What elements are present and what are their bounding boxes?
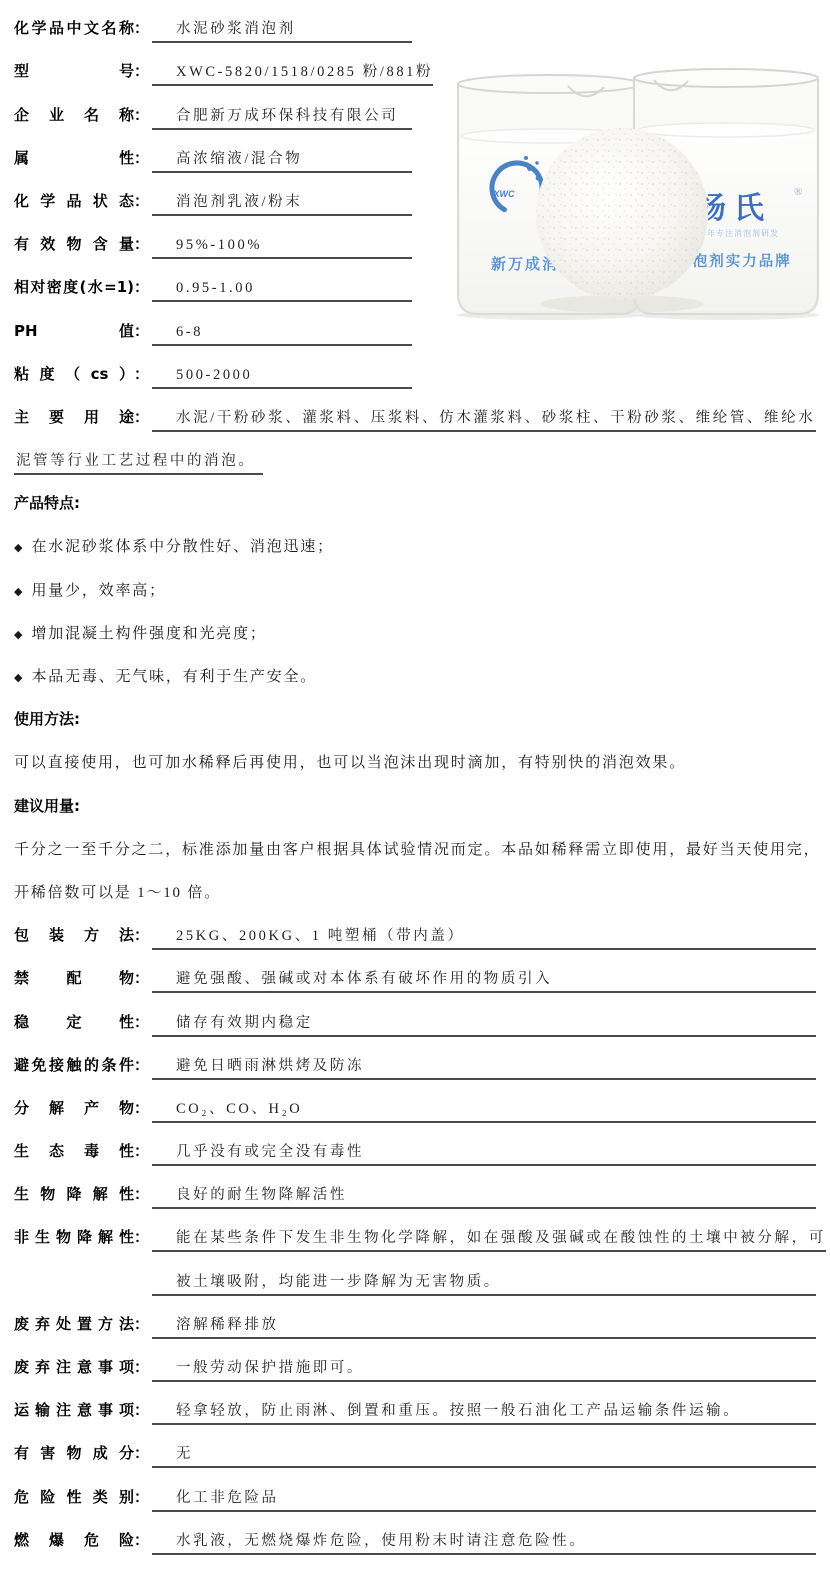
field-label: 禁配物： bbox=[14, 967, 152, 993]
field-value: 几乎没有或完全没有毒性 bbox=[152, 1140, 364, 1164]
colon: ： bbox=[134, 1185, 149, 1203]
field-row-abiotic-degradation: 非生物降解性： 能在某些条件下发生非生物化学降解，如在强酸及强碱或在酸蚀性的土壤… bbox=[14, 1209, 816, 1252]
field-value: 合肥新万成环保科技有限公司 bbox=[152, 104, 398, 128]
colon: ： bbox=[134, 1488, 149, 1506]
field-label: 有害物成分： bbox=[14, 1442, 152, 1468]
field-label: 分解产物： bbox=[14, 1097, 152, 1123]
dosage-paragraph-line1: 千分之一至千分之二，标准添加量由客户根据具体试验情况而定。本品如稀释需立即使用，… bbox=[14, 821, 816, 864]
field-value: 消泡剂乳液/粉末 bbox=[152, 190, 302, 214]
field-value-continued: 泥管等行业工艺过程中的消泡。 bbox=[14, 449, 263, 475]
field-label: 化学品状态： bbox=[14, 190, 152, 216]
bullet-text: 增加混凝土构件强度和光亮度； bbox=[31, 622, 266, 643]
field-row-disposal-method: 废弃处置方法： 溶解稀释排放 bbox=[14, 1296, 816, 1339]
bullet-item: ◆本品无毒、无气味，有利于生产安全。 bbox=[14, 648, 816, 691]
colon: ： bbox=[134, 1531, 149, 1549]
field-underline: 水泥/干粉砂浆、灌浆料、压浆料、仿木灌浆料、砂浆柱、干粉砂浆、维纶管、维纶水 bbox=[152, 406, 816, 432]
field-value: XWC-5820/1518/0285 粉/881粉 bbox=[152, 60, 433, 84]
field-label: 生物降解性： bbox=[14, 1183, 152, 1209]
field-label: 废弃处置方法： bbox=[14, 1313, 152, 1339]
field-value: 水乳液，无燃烧爆炸危险，使用粉末时请注意危险性。 bbox=[152, 1529, 586, 1553]
colon: ： bbox=[134, 106, 149, 124]
product-photo-svg: XWC 杨 新万成消泡剂 杨氏 ® 二十年专注消泡剂研发 消泡剂实力品牌 bbox=[442, 38, 830, 320]
field-underline: 25KG、200KG、1 吨塑桶（带内盖） bbox=[152, 924, 816, 950]
field-underline: 轻拿轻放，防止雨淋、倒置和重压。按照一般石油化工产品运输条件运输。 bbox=[152, 1399, 816, 1425]
diamond-bullet-icon: ◆ bbox=[14, 671, 22, 686]
field-label: 化学品中文名称： bbox=[14, 17, 152, 43]
field-row-incompatibles: 禁配物： 避免强酸、强碱或对本体系有破坏作用的物质引入 bbox=[14, 950, 816, 993]
usage-paragraph: 可以直接使用，也可加水稀释后再使用，也可以当泡沫出现时滴加，有特别快的消泡效果。 bbox=[14, 734, 816, 777]
field-underline: 良好的耐生物降解活性 bbox=[152, 1183, 816, 1209]
field-underline: 水乳液，无燃烧爆炸危险，使用粉末时请注意危险性。 bbox=[152, 1529, 816, 1555]
field-row-biodegradability: 生物降解性： 良好的耐生物降解活性 bbox=[14, 1166, 816, 1209]
product-spec-document: 化学品中文名称： 水泥砂浆消泡剂 型号： XWC-5820/1518/0285 … bbox=[0, 0, 830, 1578]
field-value: 高浓缩液/混合物 bbox=[152, 147, 302, 171]
field-row-main-use-cont: 泥管等行业工艺过程中的消泡。 bbox=[14, 432, 816, 475]
colon: ： bbox=[134, 322, 149, 340]
field-row-chemical-name: 化学品中文名称： 水泥砂浆消泡剂 bbox=[14, 0, 816, 43]
field-row-viscosity: 粘度（cs）： 500-2000 bbox=[14, 346, 816, 389]
field-label: 生态毒性： bbox=[14, 1140, 152, 1166]
field-underline: 500-2000 bbox=[152, 366, 412, 389]
colon: ： bbox=[134, 1401, 149, 1419]
section-heading-usage: 使用方法: bbox=[14, 691, 816, 734]
xwc-logo-text: XWC bbox=[493, 189, 515, 199]
colon: ： bbox=[134, 1099, 149, 1117]
colon: ： bbox=[134, 969, 149, 987]
field-value: 0.95-1.00 bbox=[152, 280, 255, 300]
bullet-text: 用量少，效率高； bbox=[31, 579, 165, 600]
diamond-bullet-icon: ◆ bbox=[14, 585, 22, 600]
field-label: 危险性类别： bbox=[14, 1486, 152, 1512]
field-value: 水泥砂浆消泡剂 bbox=[152, 17, 296, 41]
colon: ： bbox=[134, 1056, 149, 1074]
field-underline: 高浓缩液/混合物 bbox=[152, 147, 412, 173]
field-value: 500-2000 bbox=[152, 367, 252, 387]
colon: ： bbox=[134, 149, 149, 167]
colon: ： bbox=[134, 278, 149, 296]
field-label: 燃爆危险： bbox=[14, 1529, 152, 1555]
field-value: 能在某些条件下发生非生物化学降解，如在强酸及强碱或在酸蚀性的土壤中被分解，可 bbox=[152, 1226, 826, 1250]
field-value: 溶解稀释排放 bbox=[152, 1313, 279, 1337]
field-underline: CO₂、CO、H₂O bbox=[152, 1097, 816, 1123]
field-value: 避免强酸、强碱或对本体系有破坏作用的物质引入 bbox=[152, 967, 552, 991]
colon: ： bbox=[134, 1358, 149, 1376]
field-underline: 避免日晒雨淋烘烤及防冻 bbox=[152, 1054, 816, 1080]
field-underline: 化工非危险品 bbox=[152, 1486, 816, 1512]
field-value: 6-8 bbox=[152, 324, 203, 344]
field-label: 运输注意事项： bbox=[14, 1399, 152, 1425]
field-underline: 消泡剂乳液/粉末 bbox=[152, 190, 412, 216]
registered-mark-icon: ® bbox=[794, 186, 802, 198]
field-value: 良好的耐生物降解活性 bbox=[152, 1183, 347, 1207]
field-underline: 合肥新万成环保科技有限公司 bbox=[152, 104, 412, 130]
field-underline: 储存有效期内稳定 bbox=[152, 1011, 816, 1037]
field-underline: 无 bbox=[152, 1442, 816, 1468]
field-value: 轻拿轻放，防止雨淋、倒置和重压。按照一般石油化工产品运输条件运输。 bbox=[152, 1399, 740, 1423]
dosage-paragraph-line2: 开稀倍数可以是 1～10 倍。 bbox=[14, 864, 816, 907]
field-value: 水泥/干粉砂浆、灌浆料、压浆料、仿木灌浆料、砂浆柱、干粉砂浆、维纶管、维纶水 bbox=[152, 406, 815, 430]
field-label: 非生物降解性： bbox=[14, 1226, 152, 1252]
colon: ： bbox=[134, 192, 149, 210]
field-row-abiotic-degradation-cont: 被土壤吸附，均能进一步降解为无害物质。 bbox=[14, 1252, 816, 1295]
colon: ： bbox=[134, 1013, 149, 1031]
field-row-disposal-precautions: 废弃注意事项： 一般劳动保护措施即可。 bbox=[14, 1339, 816, 1382]
field-value-continued: 被土壤吸附，均能进一步降解为无害物质。 bbox=[152, 1270, 501, 1294]
colon: ： bbox=[134, 1228, 149, 1246]
field-value: 25KG、200KG、1 吨塑桶（带内盖） bbox=[152, 924, 465, 948]
product-photo: XWC 杨 新万成消泡剂 杨氏 ® 二十年专注消泡剂研发 消泡剂实力品牌 bbox=[442, 38, 830, 320]
field-underline: 95%-100% bbox=[152, 236, 412, 259]
colon: ： bbox=[134, 1315, 149, 1333]
field-row-avoid-conditions: 避免接触的条件： 避免日晒雨淋烘烤及防冻 bbox=[14, 1037, 816, 1080]
field-underline: 溶解稀释排放 bbox=[152, 1313, 816, 1339]
colon: ： bbox=[134, 19, 149, 37]
field-row-packaging: 包装方法： 25KG、200KG、1 吨塑桶（带内盖） bbox=[14, 907, 816, 950]
field-label: 主要用途： bbox=[14, 406, 152, 432]
colon: ： bbox=[134, 1142, 149, 1160]
field-underline: 0.95-1.00 bbox=[152, 279, 412, 302]
bullet-text: 在水泥砂浆体系中分散性好、消泡迅速； bbox=[31, 535, 333, 556]
section-heading-dosage: 建议用量: bbox=[14, 777, 816, 820]
field-value: CO₂、CO、H₂O bbox=[152, 1097, 302, 1121]
colon: ： bbox=[134, 235, 149, 253]
field-row-stability: 稳定性： 储存有效期内稳定 bbox=[14, 993, 816, 1036]
field-label: 属性： bbox=[14, 147, 152, 173]
field-underline: XWC-5820/1518/0285 粉/881粉 bbox=[152, 60, 433, 86]
field-label: 避免接触的条件： bbox=[14, 1054, 152, 1080]
bullet-item: ◆在水泥砂浆体系中分散性好、消泡迅速； bbox=[14, 518, 816, 561]
field-label: 包装方法： bbox=[14, 924, 152, 950]
diamond-bullet-icon: ◆ bbox=[14, 541, 22, 556]
field-underline: 一般劳动保护措施即可。 bbox=[152, 1356, 816, 1382]
field-value: 化工非危险品 bbox=[152, 1486, 279, 1510]
section-heading-features: 产品特点: bbox=[14, 475, 816, 518]
field-row-main-use: 主要用途： 水泥/干粉砂浆、灌浆料、压浆料、仿木灌浆料、砂浆柱、干粉砂浆、维纶管… bbox=[14, 389, 816, 432]
diamond-bullet-icon: ◆ bbox=[14, 628, 22, 643]
field-underline: 6-8 bbox=[152, 323, 412, 346]
field-label: 相对密度(水=1)： bbox=[14, 276, 152, 302]
field-underline: 能在某些条件下发生非生物化学降解，如在强酸及强碱或在酸蚀性的土壤中被分解，可 bbox=[152, 1226, 826, 1252]
field-row-transport-precautions: 运输注意事项： 轻拿轻放，防止雨淋、倒置和重压。按照一般石油化工产品运输条件运输… bbox=[14, 1382, 816, 1425]
field-row-decomposition: 分解产物： CO₂、CO、H₂O bbox=[14, 1080, 816, 1123]
colon: ： bbox=[134, 408, 149, 426]
field-label: 有效物含量： bbox=[14, 233, 152, 259]
field-label: 稳定性： bbox=[14, 1011, 152, 1037]
field-underline: 水泥砂浆消泡剂 bbox=[152, 17, 412, 43]
field-underline: 几乎没有或完全没有毒性 bbox=[152, 1140, 816, 1166]
field-row-fire-explosion-hazard: 燃爆危险： 水乳液，无燃烧爆炸危险，使用粉末时请注意危险性。 bbox=[14, 1512, 816, 1555]
field-row-ecotoxicity: 生态毒性： 几乎没有或完全没有毒性 bbox=[14, 1123, 816, 1166]
field-label: 废弃注意事项： bbox=[14, 1356, 152, 1382]
field-label: 型号： bbox=[14, 60, 152, 86]
field-value: 储存有效期内稳定 bbox=[152, 1011, 313, 1035]
colon: ： bbox=[134, 62, 149, 80]
bullet-text: 本品无毒、无气味，有利于生产安全。 bbox=[31, 665, 317, 686]
field-underline: 被土壤吸附，均能进一步降解为无害物质。 bbox=[152, 1270, 816, 1296]
field-label: 企业名称： bbox=[14, 104, 152, 130]
colon: ： bbox=[134, 926, 149, 944]
field-label: PH值： bbox=[14, 320, 152, 346]
field-value: 95%-100% bbox=[152, 237, 262, 257]
field-value: 一般劳动保护措施即可。 bbox=[152, 1356, 364, 1380]
field-value: 无 bbox=[152, 1442, 193, 1466]
field-label: 粘度（cs）： bbox=[14, 363, 152, 389]
colon: ： bbox=[134, 1444, 149, 1462]
field-underline: 避免强酸、强碱或对本体系有破坏作用的物质引入 bbox=[152, 967, 816, 993]
colon: ： bbox=[134, 365, 149, 383]
bullet-item: ◆用量少，效率高； bbox=[14, 561, 816, 604]
field-value: 避免日晒雨淋烘烤及防冻 bbox=[152, 1054, 364, 1078]
field-row-harmful-components: 有害物成分： 无 bbox=[14, 1425, 816, 1468]
field-row-hazard-class: 危险性类别： 化工非危险品 bbox=[14, 1468, 816, 1511]
bullet-item: ◆增加混凝土构件强度和光亮度； bbox=[14, 605, 816, 648]
